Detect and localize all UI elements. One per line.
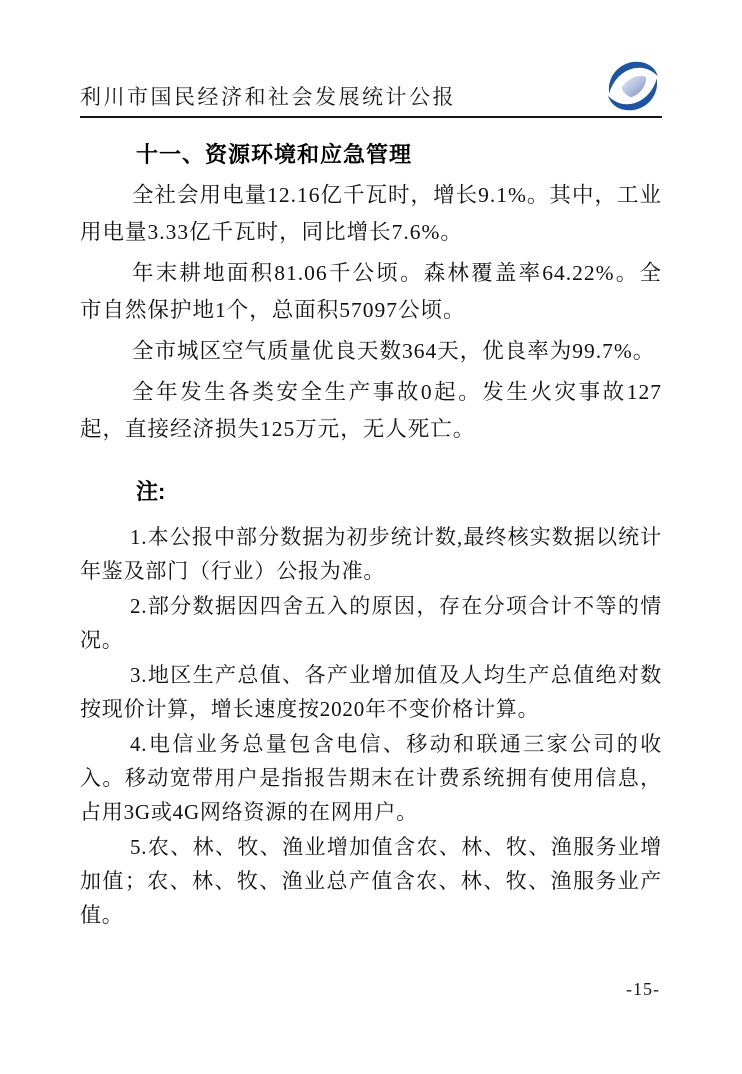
section-heading: 十一、资源环境和应急管理 xyxy=(136,141,662,168)
note-item-2: 2.部分数据因四舍五入的原因，存在分项合计不等的情况。 xyxy=(80,589,662,657)
document-page: 利川市国民经济和社会发展统计公报 十一、资源环境和应急管理 全社会用电量12.1… xyxy=(0,0,742,1074)
notes-heading: 注: xyxy=(136,478,662,506)
note-item-1: 1.本公报中部分数据为初步统计数,最终核实数据以统计年鉴及部门（行业）公报为准。 xyxy=(80,520,662,588)
paragraph-land-forest: 年末耕地面积81.06千公顷。森林覆盖率64.22%。全市自然保护地1个，总面积… xyxy=(80,255,662,329)
paragraph-electricity: 全社会用电量12.16亿千瓦时，增长9.1%。其中，工业用电量3.33亿千瓦时，… xyxy=(80,177,662,251)
document-body: 十一、资源环境和应急管理 全社会用电量12.16亿千瓦时，增长9.1%。其中，工… xyxy=(80,141,662,933)
paragraph-air-quality: 全市城区空气质量优良天数364天，优良率为99.7%。 xyxy=(80,333,662,370)
note-item-5: 5.农、林、牧、渔业增加值含农、林、牧、渔服务业增加值；农、林、牧、渔业总产值含… xyxy=(80,830,662,932)
note-item-4: 4.电信业务总量包含电信、移动和联通三家公司的收入。移动宽带用户是指报告期末在计… xyxy=(80,727,662,829)
note-item-3: 3.地区生产总值、各产业增加值及人均生产总值绝对数按现价计算，增长速度按2020… xyxy=(80,658,662,726)
page-number: -15- xyxy=(626,979,660,1000)
blue-swirl-logo-icon xyxy=(602,59,664,113)
header-title: 利川市国民经济和社会发展统计公报 xyxy=(80,81,456,111)
page-header: 利川市国民经济和社会发展统计公报 xyxy=(80,58,662,118)
paragraph-safety-accidents: 全年发生各类安全生产事故0起。发生火灾事故127起，直接经济损失125万元，无人… xyxy=(80,374,662,448)
